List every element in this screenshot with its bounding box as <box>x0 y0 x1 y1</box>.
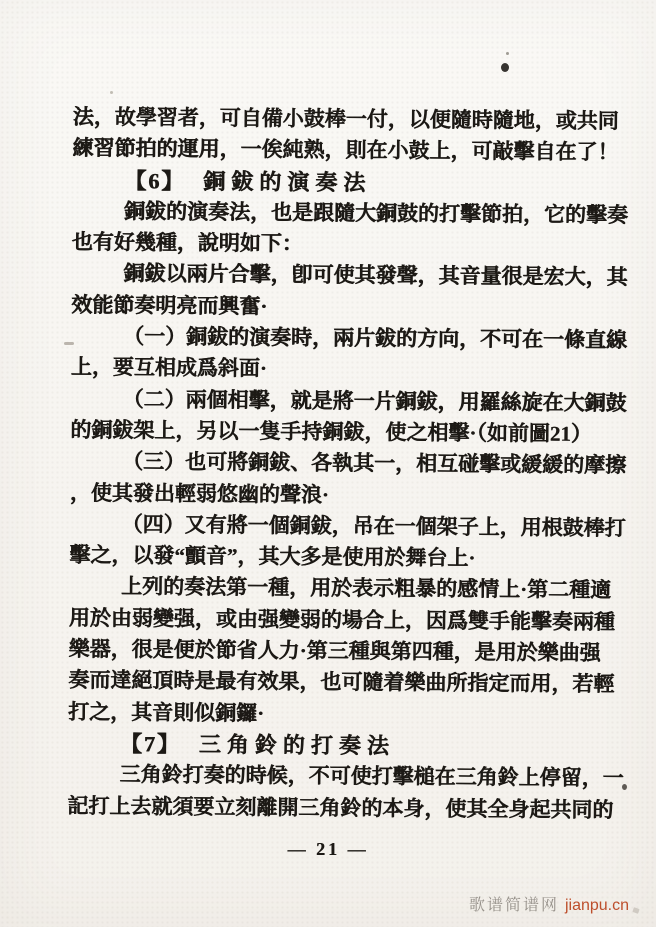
text-line: 奏而達絕頂時是最有效果，也可隨着樂曲所指定而用，若輕 <box>68 665 628 701</box>
text-line: 練習節拍的運用，一俟純熟，則在小鼓上，可敲擊自在了！ <box>72 133 632 169</box>
section-title: 銅鈸的演奏法 <box>203 168 371 194</box>
text-line: （一）銅鈸的演奏時，兩片鈸的方向，不可在一條直線 <box>71 321 631 357</box>
text-line: 法，故學習者，可自備小鼓棒一付，以便隨時隨地，或共同 <box>73 102 633 138</box>
text-line: 三角鈴打奏的時候，不可使打擊槌在三角鈴上停留，一 <box>67 759 627 795</box>
text-line: 擊之，以發“顫音”，其大多是使用於舞台上· <box>69 540 629 576</box>
text-line: （二）兩個相擊，就是將一片銅鈸，用羅絲旋在大銅鼓 <box>70 383 630 419</box>
text-line: 的銅鈸架上，另以一隻手持銅鈸，使之相擊·（如前圖21） <box>70 415 630 451</box>
section-title: 三角鈴的打奏法 <box>199 732 395 759</box>
watermark-site-name: 歌谱简谱网 <box>469 897 559 914</box>
text-block: 法，故學習者，可自備小鼓棒一付，以便隨時隨地，或共同 練習節拍的運用，一俟純熟，… <box>67 102 633 826</box>
text-line: 上，要互相成爲斜面· <box>71 352 631 388</box>
text-line: （四）又有將一個銅鈸，吊在一個架子上，用根鼓棒打 <box>69 509 629 545</box>
section-heading-7: 【7】三角鈴的打奏法 <box>68 728 628 764</box>
section-number: 【7】 <box>120 731 181 756</box>
section-number: 【6】 <box>124 168 185 193</box>
text-line: 樂器，很是便於節省人力·第三種與第四種，是用於樂曲强 <box>68 634 628 670</box>
scanned-page: 法，故學習者，可自備小鼓棒一付，以便隨時隨地，或共同 練習節拍的運用，一俟純熟，… <box>0 0 656 927</box>
ink-speck <box>501 63 509 72</box>
watermark-site-url: jianpu.cn <box>565 897 629 914</box>
text-line: 打之，其音則似銅鑼· <box>68 696 628 732</box>
text-line: （三）也可將銅鈸、各執其一，相互碰擊或緩緩的摩擦 <box>70 446 630 482</box>
text-line: 銅鈸以兩片合擊，卽可使其發聲，其音量很是宏大，其 <box>71 258 631 294</box>
ink-speck <box>110 91 113 94</box>
text-line: 也有好幾種，說明如下： <box>72 227 632 263</box>
text-line: ，使其發出輕弱悠幽的聲浪· <box>70 477 630 513</box>
text-line: 上列的奏法第一種，用於表示粗暴的感情上·第二種適 <box>69 571 629 607</box>
text-line: 記打上去就須要立刻離開三角鈴的本身，使其全身起共同的 <box>67 790 627 826</box>
text-line: 效能節奏明亮而興奮· <box>71 290 631 326</box>
ink-speck <box>506 52 509 55</box>
watermark: 歌谱简谱网jianpu.cn <box>469 892 629 915</box>
page-number: — 21 — <box>0 839 656 860</box>
ink-speck <box>632 907 639 914</box>
text-line: 銅鈸的演奏法，也是跟隨大銅鼓的打擊節拍，它的擊奏 <box>72 196 632 232</box>
section-heading-6: 【6】銅鈸的演奏法 <box>72 164 632 200</box>
text-line: 用於由弱變强，或由强變弱的場合上，因爲雙手能擊奏兩種 <box>69 603 629 639</box>
